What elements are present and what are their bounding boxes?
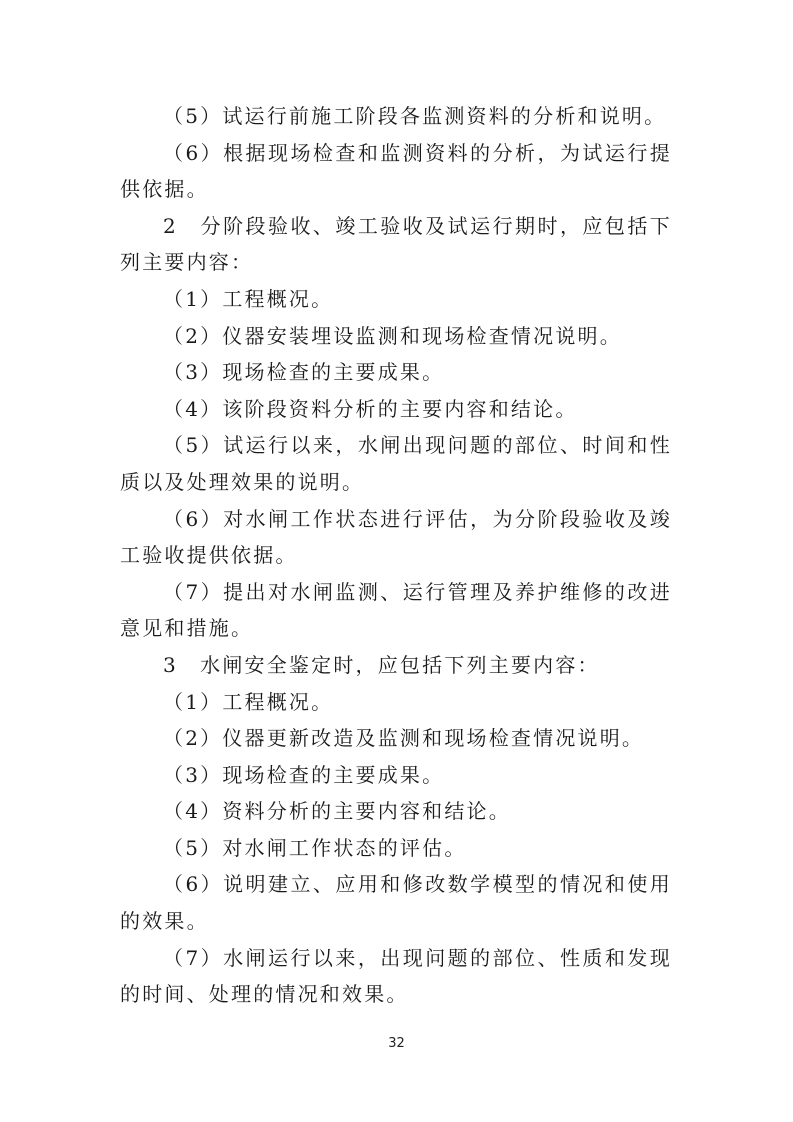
section-2-item-1: （1）工程概况。 bbox=[120, 281, 672, 318]
section-2-item-3: （3）现场检查的主要成果。 bbox=[120, 354, 672, 391]
section-3-heading: 3 水闸安全鉴定时，应包括下列主要内容： bbox=[120, 647, 672, 684]
section-3-item-2: （2）仪器更新改造及监测和现场检查情况说明。 bbox=[120, 720, 672, 757]
section-2-item-4: （4）该阶段资料分析的主要内容和结论。 bbox=[120, 391, 672, 428]
section-3-item-4: （4）资料分析的主要内容和结论。 bbox=[120, 793, 672, 830]
section-2-item-5: （5）试运行以来，水闸出现问题的部位、时间和性质以及处理效果的说明。 bbox=[120, 427, 672, 500]
page-number: 32 bbox=[0, 1036, 793, 1051]
section-3-item-5: （5）对水闸工作状态的评估。 bbox=[120, 830, 672, 867]
section-2-item-2: （2）仪器安装埋设监测和现场检查情况说明。 bbox=[120, 318, 672, 355]
paragraph-item-5: （5）试运行前施工阶段各监测资料的分析和说明。 bbox=[120, 98, 672, 135]
paragraph-item-6: （6）根据现场检查和监测资料的分析，为试运行提供依据。 bbox=[120, 135, 672, 208]
section-3-item-3: （3）现场检查的主要成果。 bbox=[120, 757, 672, 794]
section-3-item-7: （7）水闸运行以来，出现问题的部位、性质和发现的时间、处理的情况和效果。 bbox=[120, 940, 672, 1013]
section-2-item-7: （7）提出对水闸监测、运行管理及养护维修的改进意见和措施。 bbox=[120, 574, 672, 647]
section-3-item-6: （6）说明建立、应用和修改数学模型的情况和使用的效果。 bbox=[120, 866, 672, 939]
section-2-item-6: （6）对水闸工作状态进行评估，为分阶段验收及竣工验收提供依据。 bbox=[120, 501, 672, 574]
section-2-heading: 2 分阶段验收、竣工验收及试运行期时，应包括下列主要内容： bbox=[120, 208, 672, 281]
section-3-item-1: （1）工程概况。 bbox=[120, 684, 672, 721]
document-body: （5）试运行前施工阶段各监测资料的分析和说明。 （6）根据现场检查和监测资料的分… bbox=[120, 98, 672, 1013]
